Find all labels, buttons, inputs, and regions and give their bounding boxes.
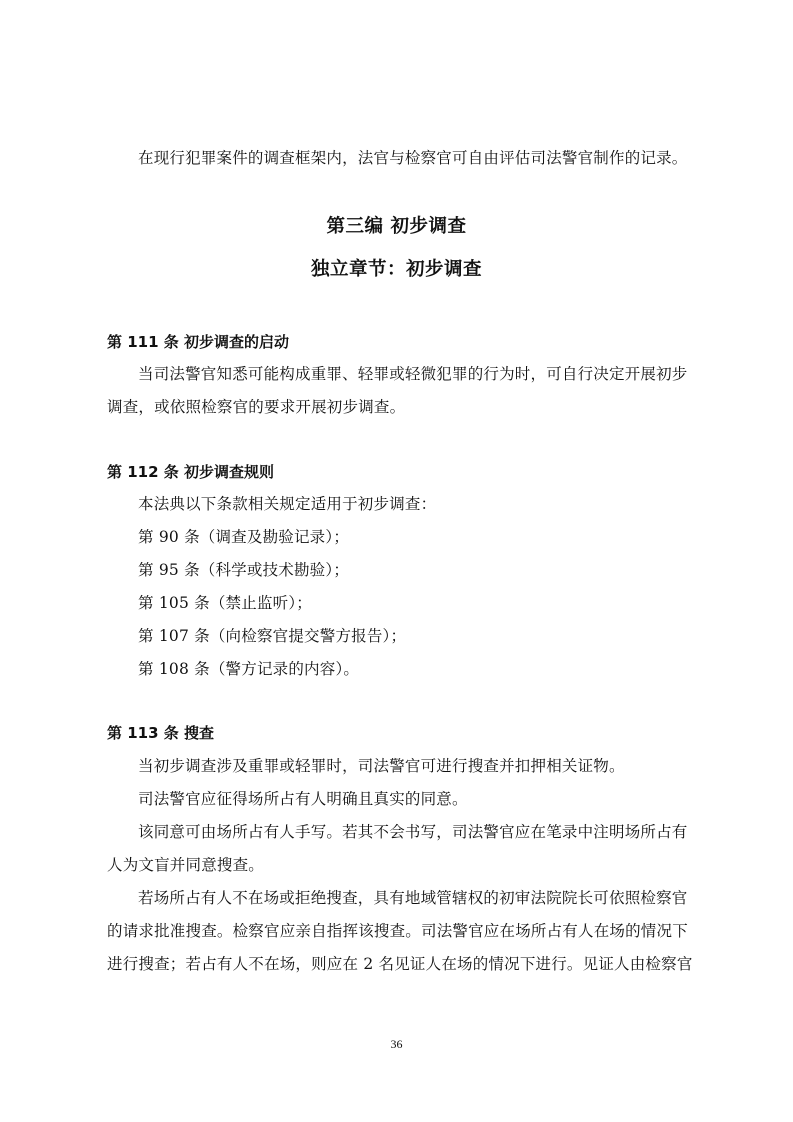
article-111-line-1: 当司法警官知悉可能构成重罪、轻罪或轻微犯罪的行为时，可自行决定开展初步 — [138, 364, 688, 384]
document-page: 在现行犯罪案件的调查框架内，法官与检察官可自由评估司法警官制作的记录。 第三编 … — [0, 0, 793, 1122]
article-111-heading: 第 111 条 初步调查的启动 — [107, 332, 289, 352]
article-112-line-3: 第 95 条（科学或技术勘验）； — [138, 560, 349, 580]
article-112-line-2: 第 90 条（调查及勘验记录）； — [138, 527, 349, 547]
article-112-line-5: 第 107 条（向检察官提交警方报告）； — [138, 626, 406, 646]
article-113-line-2: 司法警官应征得场所占有人明确且真实的同意。 — [138, 789, 468, 809]
article-112-line-6: 第 108 条（警方记录的内容）。 — [138, 659, 359, 679]
intro-paragraph: 在现行犯罪案件的调查框架内，法官与检察官可自由评估司法警官制作的记录。 — [138, 148, 688, 168]
article-113-line-6: 的请求批准搜查。检察官应亲自指挥该搜查。司法警官应在场所占有人在场的情况下 — [107, 921, 688, 941]
article-113-heading: 第 113 条 搜查 — [107, 723, 214, 743]
part-title: 第三编 初步调查 — [0, 215, 793, 239]
article-113-line-3: 该同意可由场所占有人手写。若其不会书写，司法警官应在笔录中注明场所占有 — [138, 822, 688, 842]
article-112-line-1: 本法典以下条款相关规定适用于初步调查： — [138, 494, 436, 514]
article-113-line-7: 进行搜查；若占有人不在场，则应在 2 名见证人在场的情况下进行。见证人由检察官 — [107, 954, 693, 974]
article-112-heading: 第 112 条 初步调查规则 — [107, 462, 274, 482]
article-113-line-4: 人为文盲并同意搜查。 — [107, 855, 264, 875]
article-111-line-2: 调查，或依照检察官的要求开展初步调查。 — [107, 397, 405, 417]
chapter-title: 独立章节：初步调查 — [0, 258, 793, 282]
article-112-line-4: 第 105 条（禁止监听）； — [138, 593, 312, 613]
article-113-line-1: 当初步调查涉及重罪或轻罪时，司法警官可进行搜查并扣押相关证物。 — [138, 756, 625, 776]
page-number: 36 — [0, 1037, 793, 1052]
article-113-line-5: 若场所占有人不在场或拒绝搜查，具有地域管辖权的初审法院院长可依照检察官 — [138, 888, 688, 908]
